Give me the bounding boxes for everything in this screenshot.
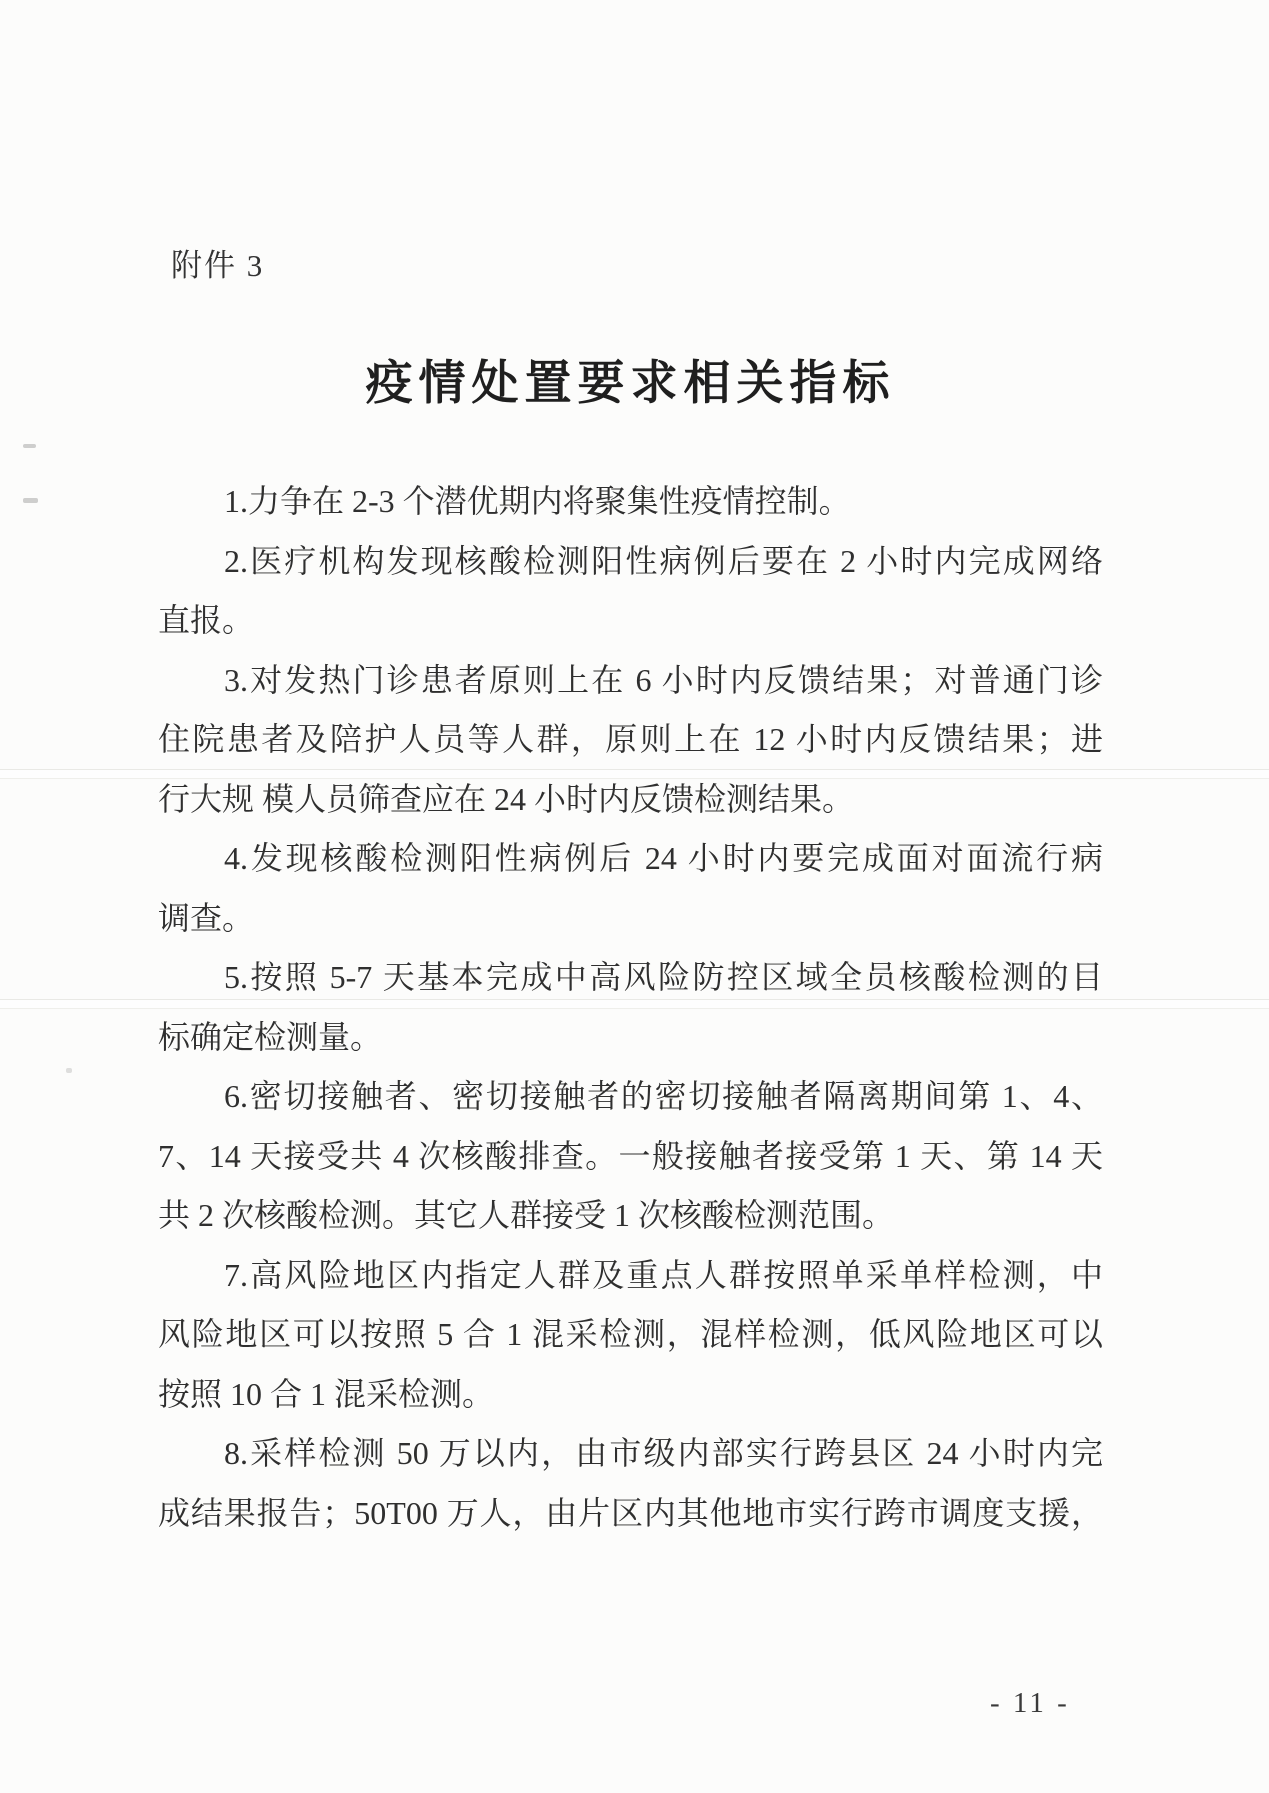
body-line: 按照 10 合 1 混采检测。	[158, 1365, 1103, 1425]
body-line: 共 2 次核酸检测。其它人群接受 1 次核酸检测范围。	[158, 1186, 1103, 1246]
document-body: 1.力争在 2-3 个潜优期内将聚集性疫情控制。2.医疗机构发现核酸检测阳性病例…	[158, 472, 1103, 1543]
body-line: 3.对发热门诊患者原则上在 6 小时内反馈结果；对普通门诊	[158, 651, 1103, 711]
body-line: 4.发现核酸检测阳性病例后 24 小时内要完成面对面流行病	[158, 829, 1103, 889]
body-line: 6.密切接触者、密切接触者的密切接触者隔离期间第 1、4、	[158, 1067, 1103, 1127]
attachment-label: 附件 3	[171, 240, 264, 285]
scan-speck	[66, 1068, 72, 1073]
body-line: 调查。	[158, 889, 1103, 949]
body-line: 成结果报告；50T00 万人，由片区内其他地市实行跨市调度支援，	[158, 1484, 1103, 1544]
body-line: 住院患者及陪护人员等人群，原则上在 12 小时内反馈结果；进	[158, 710, 1103, 770]
scan-speck	[23, 498, 38, 503]
body-line: 7、14 天接受共 4 次核酸排查。一般接触者接受第 1 天、第 14 天	[158, 1127, 1103, 1187]
body-line: 标确定检测量。	[158, 1008, 1103, 1068]
body-line: 行大规 模人员筛查应在 24 小时内反馈检测结果。	[158, 770, 1103, 830]
body-line: 8.采样检测 50 万以内，由市级内部实行跨县区 24 小时内完	[158, 1424, 1103, 1484]
body-line: 直报。	[158, 591, 1103, 651]
document-page: 附件 3 疫情处置要求相关指标 1.力争在 2-3 个潜优期内将聚集性疫情控制。…	[0, 0, 1269, 1793]
page-number: - 11 -	[990, 1687, 1070, 1720]
body-line: 1.力争在 2-3 个潜优期内将聚集性疫情控制。	[158, 472, 1103, 532]
body-line: 2.医疗机构发现核酸检测阳性病例后要在 2 小时内完成网络	[158, 532, 1103, 592]
body-line: 5.按照 5-7 天基本完成中高风险防控区域全员核酸检测的目	[158, 948, 1103, 1008]
body-line: 7.高风险地区内指定人群及重点人群按照单采单样检测，中	[158, 1246, 1103, 1306]
body-line: 风险地区可以按照 5 合 1 混采检测，混样检测，低风险地区可以	[158, 1305, 1103, 1365]
scan-speck	[23, 444, 36, 448]
page-title: 疫情处置要求相关指标	[158, 346, 1103, 413]
